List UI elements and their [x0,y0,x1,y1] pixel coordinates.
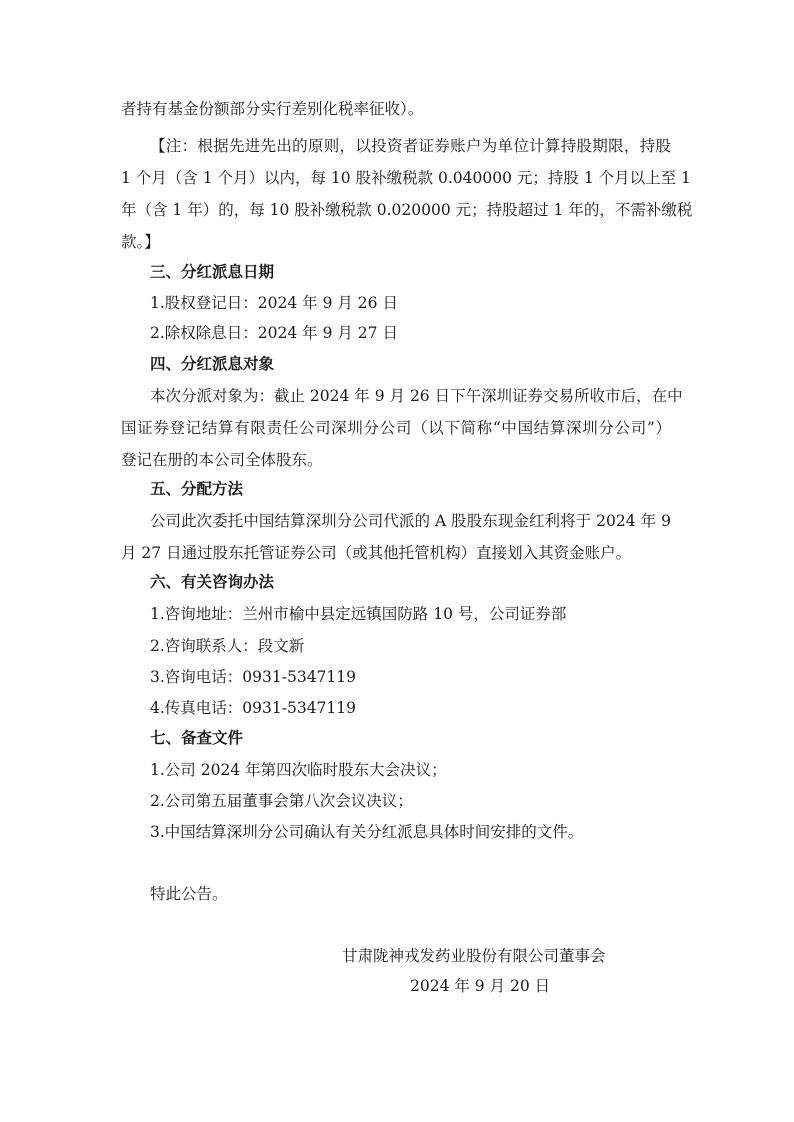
section-5-line-1: 公司此次委托中国结算深圳分公司代派的 A 股股东现金红利将于 2024 年 9 [150,511,671,531]
note-line-3: 年（含 1 年）的，每 10 股补缴税款 0.020000 元；持股超过 1 年… [121,200,671,220]
section-6-item-2: 2.咨询联系人：段文新 [150,636,304,656]
section-4-line-3: 登记在册的本公司全体股东。 [121,450,323,470]
section-4-line-2: 国证券登记结算有限责任公司深圳分公司（以下简称“中国结算深圳分公司”） [121,418,671,438]
section-7-heading: 七、备查文件 [150,728,243,748]
note-line-2: 1 个月（含 1 个月）以内，每 10 股补缴税款 0.040000 元；持股 … [121,168,671,188]
document-page: 者持有基金份额部分实行差别化税率征收）。 【注：根据先进先出的原则，以投资者证券… [0,0,794,1122]
section-6-item-1: 1.咨询地址：兰州市榆中县定远镇国防路 10 号，公司证券部 [150,604,566,624]
signature-date: 2024 年 9 月 20 日 [410,976,550,996]
section-5-line-2: 月 27 日通过股东托管证券公司（或其他托管机构）直接划入其资金账户。 [121,543,631,563]
section-6-item-4: 4.传真电话：0931-5347119 [150,698,356,718]
note-line-4: 款。】 [121,232,160,252]
closing-text: 特此公告。 [150,884,228,904]
section-3-heading: 三、分红派息日期 [150,262,274,282]
signature-company: 甘肃陇神戎发药业股份有限公司董事会 [342,946,606,966]
section-5-heading: 五、分配方法 [150,479,243,499]
section-7-item-3: 3.中国结算深圳分公司确认有关分红派息具体时间安排的文件。 [150,822,583,842]
intro-tail-text: 者持有基金份额部分实行差别化税率征收）。 [121,99,423,119]
section-6-item-3: 3.咨询电话：0931-5347119 [150,667,356,687]
section-7-item-1: 1.公司 2024 年第四次临时股东大会决议； [150,760,447,780]
section-7-item-2: 2.公司第五届董事会第八次会议决议； [150,791,413,811]
section-3-item-2: 2.除权除息日：2024 年 9 月 27 日 [150,323,398,343]
section-6-heading: 六、有关咨询办法 [150,572,274,592]
section-4-heading: 四、分红派息对象 [150,354,274,374]
section-4-line-1: 本次分派对象为：截止 2024 年 9 月 26 日下午深圳证券交易所收市后，在… [150,386,671,406]
section-3-item-1: 1.股权登记日：2024 年 9 月 26 日 [150,293,398,313]
note-line-1: 【注：根据先进先出的原则，以投资者证券账户为单位计算持股期限，持股 [150,136,671,156]
